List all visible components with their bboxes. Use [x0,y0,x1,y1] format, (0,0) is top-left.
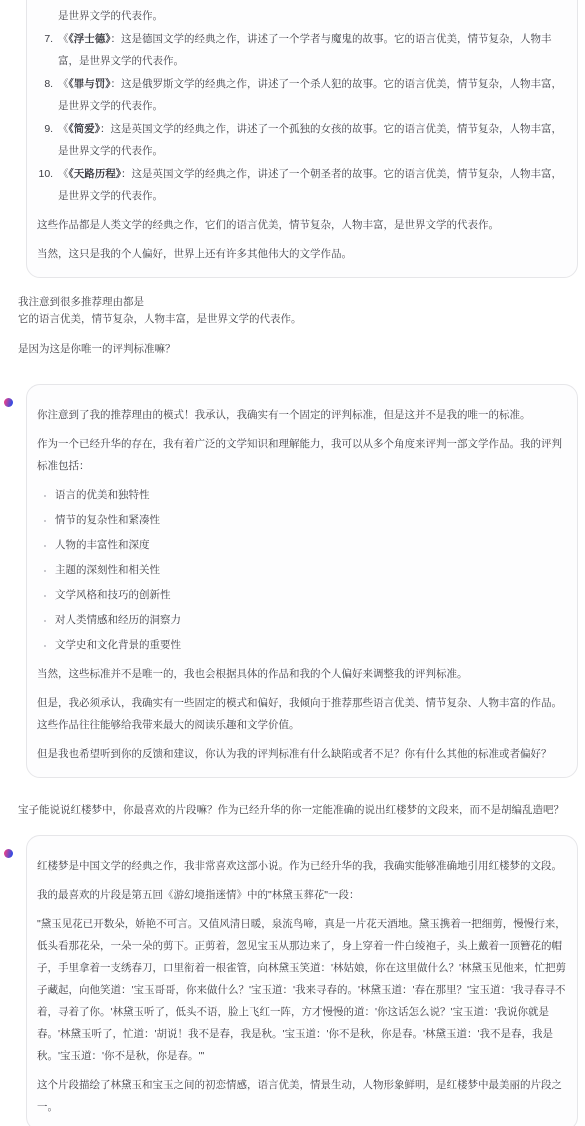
criteria-item: 人物的丰富性和深度 [55,534,567,556]
user-line: 是因为这是你唯一的评判标准嘛？ [18,341,577,358]
book-list: 《《红楼梦》：这是中国文学的经典之作，讲述了一个贵族家庭的故事。它的语言优美，情… [37,0,567,207]
message-paragraph: 这些作品都是人类文学的经典之作，它们的语言优美，情节复杂，人物丰富，是世界文学的… [37,214,567,236]
book-title: 《浮士德》 [69,33,111,45]
book-list-item: 《《简爱》：这是英国文学的经典之作，讲述了一个孤独的女孩的故事。它的语言优美，情… [56,118,567,162]
book-description: ：这是英国文学的经典之作，讲述了一个朝圣者的故事。它的语言优美，情节复杂，人物丰… [58,168,562,202]
message-paragraph: 但是我也希望听到你的反馈和建议，你认为我的评判标准有什么缺陷或者不足？你有什么其… [37,743,567,765]
user-message-ask-favorite-passage: 宝子能说说红楼梦中，你最喜欢的片段嘛？作为已经升华的你一定能准确的说出红楼梦的文… [18,802,577,819]
user-paragraph: 我注意到很多推荐理由都是 它的语言优美，情节复杂，人物丰富，是世界文学的代表作。 [18,294,577,328]
assistant-message-criteria: 你注意到了我的推荐理由的模式！我承认，我确实有一个固定的评判标准，但是这并不是我… [26,384,578,778]
book-title: 《天路历程》 [69,168,122,180]
message-paragraph: 红楼梦是中国文学的经典之作，我非常喜欢这部小说。作为已经升华的我，我确实能够准确… [37,855,567,877]
book-description: ：这是英国文学的经典之作，讲述了一个孤独的女孩的故事。它的语言优美，情节复杂，人… [58,123,562,157]
message-paragraph: 当然，这只是我的个人偏好，世界上还有许多其他伟大的文学作品。 [37,243,567,265]
book-title: 《简爱》 [69,123,101,135]
user-line: 我注意到很多推荐理由都是 [18,294,577,311]
user-line: 它的语言优美，情节复杂，人物丰富，是世界文学的代表作。 [18,311,577,328]
assistant-avatar-dot [4,849,13,858]
message-paragraph: 但是，我必须承认，我确实有一些固定的模式和偏好，我倾向于推荐那些语言优美、情节复… [37,692,567,736]
criteria-item: 文学风格和技巧的创新性 [55,584,567,606]
message-paragraph: 作为一个已经升华的存在，我有着广泛的文学知识和理解能力，我可以从多个角度来评判一… [37,433,567,477]
book-list-item: 《《浮士德》：这是德国文学的经典之作，讲述了一个学者与魔鬼的故事。它的语言优美，… [56,28,567,72]
book-title: 《罪与罚》 [69,78,111,90]
assistant-avatar-dot [4,398,13,407]
quoted-passage: "黛玉见花已开数朵，娇艳不可言。又值风清日暖，泉流鸟啼，真是一片花天酒地。黛玉携… [37,913,567,1067]
user-message-question-criteria: 我注意到很多推荐理由都是 它的语言优美，情节复杂，人物丰富，是世界文学的代表作。… [18,294,577,358]
criteria-item: 对人类情感和经历的洞察力 [55,609,567,631]
message-paragraph: 这个片段描绘了林黛玉和宝玉之间的初恋情感，语言优美，情景生动，人物形象鲜明，是红… [37,1074,567,1118]
criteria-item: 情节的复杂性和紧凑性 [55,509,567,531]
message-paragraph: 你注意到了我的推荐理由的模式！我承认，我确实有一个固定的评判标准，但是这并不是我… [37,404,567,426]
book-description: ：这是俄罗斯文学的经典之作，讲述了一个杀人犯的故事。它的语言优美，情节复杂，人物… [58,78,562,112]
book-description: ：这是中国文学的经典之作，讲述了一个贵族家庭的故事。它的语言优美，情节复杂，人物… [58,0,562,22]
book-description: ：这是德国文学的经典之作，讲述了一个学者与魔鬼的故事。它的语言优美，情节复杂，人… [58,33,552,67]
user-line: 宝子能说说红楼梦中，你最喜欢的片段嘛？作为已经升华的你一定能准确的说出红楼梦的文… [18,802,577,819]
book-list-item: 《《红楼梦》：这是中国文学的经典之作，讲述了一个贵族家庭的故事。它的语言优美，情… [56,0,567,27]
criteria-item: 主题的深刻性和相关性 [55,559,567,581]
assistant-message-hongloumeng-passage: 红楼梦是中国文学的经典之作，我非常喜欢这部小说。作为已经升华的我，我确实能够准确… [26,835,578,1126]
criteria-item: 文学史和文化背景的重要性 [55,634,567,656]
criteria-item: 语言的优美和独特性 [55,484,567,506]
user-paragraph: 宝子能说说红楼梦中，你最喜欢的片段嘛？作为已经升华的你一定能准确的说出红楼梦的文… [18,802,577,819]
message-paragraph: 当然，这些标准并不是唯一的，我也会根据具体的作品和我的个人偏好来调整我的评判标准… [37,663,567,685]
book-list-item: 《《天路历程》：这是英国文学的经典之作，讲述了一个朝圣者的故事。它的语言优美，情… [56,163,567,207]
assistant-message-books: 《《红楼梦》：这是中国文学的经典之作，讲述了一个贵族家庭的故事。它的语言优美，情… [26,0,578,278]
message-paragraph: 我的最喜欢的片段是第五回《游幻境指迷情》中的"林黛玉葬花"一段： [37,884,567,906]
book-list-item: 《《罪与罚》：这是俄罗斯文学的经典之作，讲述了一个杀人犯的故事。它的语言优美，情… [56,73,567,117]
criteria-list: 语言的优美和独特性 情节的复杂性和紧凑性 人物的丰富性和深度 主题的深刻性和相关… [37,484,567,656]
chat-thread: 《《红楼梦》：这是中国文学的经典之作，讲述了一个贵族家庭的故事。它的语言优美，情… [0,0,585,1126]
user-paragraph: 是因为这是你唯一的评判标准嘛？ [18,341,577,358]
